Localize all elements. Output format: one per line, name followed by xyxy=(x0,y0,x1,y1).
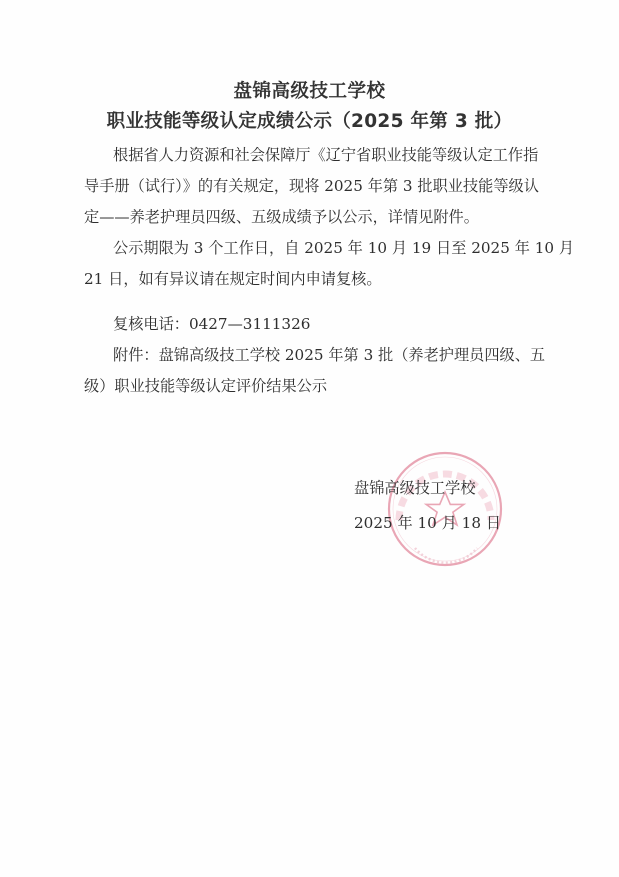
document-page: 盘锦高级技工学校 职业技能等级认定成绩公示（2025 年第 3 批） 根据省人力… xyxy=(0,0,619,877)
paragraph-attachment: 附件：盘锦高级技工学校 2025 年第 3 批（养老护理员四级、五 级）职业技能… xyxy=(84,340,532,402)
paragraph-period: 公示期限为 3 个工作日，自 2025 年 10 月 19 日至 2025 年 … xyxy=(84,233,532,295)
paragraph-line: 定——养老护理员四级、五级成绩予以公示，详情见附件。 xyxy=(84,202,532,233)
official-seal xyxy=(385,450,505,568)
paragraph-line: 导手册（试行）》的有关规定，现将 2025 年第 3 批职业技能等级认 xyxy=(84,171,532,202)
paragraph-line: 级）职业技能等级认定评价结果公示 xyxy=(84,371,532,402)
paragraph-line: 复核电话：0427—3111326 xyxy=(84,309,532,340)
paragraph-line: 附件：盘锦高级技工学校 2025 年第 3 批（养老护理员四级、五 xyxy=(84,340,532,371)
paragraph-line: 公示期限为 3 个工作日，自 2025 年 10 月 19 日至 2025 年 … xyxy=(84,233,532,264)
paragraph-line: 21 日，如有异议请在规定时间内申请复核。 xyxy=(84,264,532,295)
document-title-school: 盘锦高级技工学校 xyxy=(0,77,619,103)
signature-organization: 盘锦高级技工学校 xyxy=(354,477,476,498)
paragraph-intro: 根据省人力资源和社会保障厅《辽宁省职业技能等级认定工作指 导手册（试行）》的有关… xyxy=(84,140,532,233)
paragraph-line: 根据省人力资源和社会保障厅《辽宁省职业技能等级认定工作指 xyxy=(84,140,532,171)
document-title-announcement: 职业技能等级认定成绩公示（2025 年第 3 批） xyxy=(0,107,619,133)
paragraph-phone: 复核电话：0427—3111326 xyxy=(84,309,532,340)
signature-date: 2025 年 10 月 18 日 xyxy=(354,512,501,533)
